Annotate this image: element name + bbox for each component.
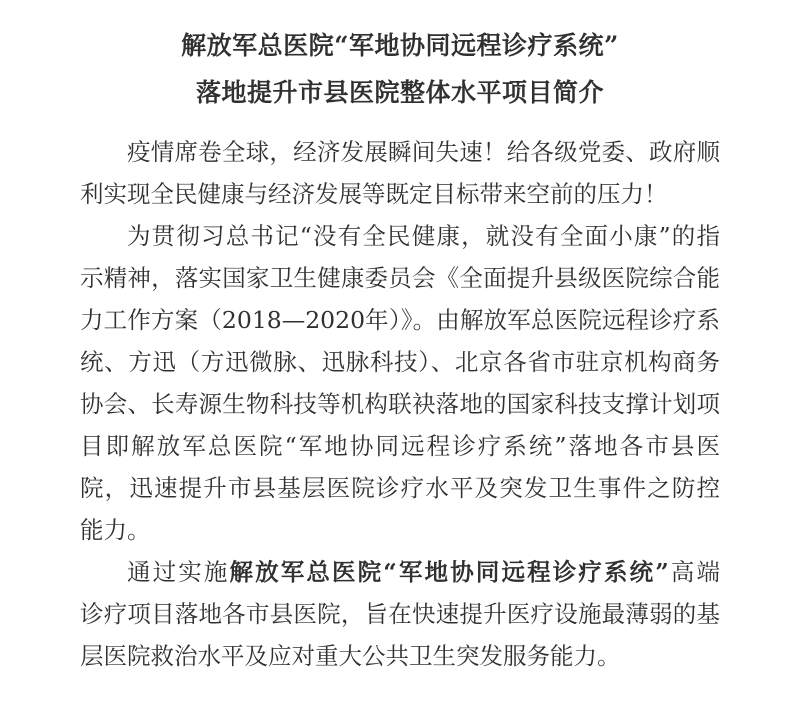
document-body: 疫情席卷全球，经济发展瞬间失速！给各级党委、政府顺 利实现全民健康与经济发展等既… [80,131,720,677]
paragraph-line: 目即解放军总医院“军地协同远程诊疗系统”落地各市县医 [80,425,720,467]
text-run: 通过实施 [127,558,230,586]
bold-text-run: 解放军总医院“军地协同远程诊疗系统” [230,558,669,586]
paragraph-line: 利实现全民健康与经济发展等既定目标带来空前的压力！ [80,173,720,215]
paragraph-line: 力工作方案（2018—2020年）》。由解放军总医院远程诊疗系 [80,299,720,341]
paragraph-3: 通过实施解放军总医院“军地协同远程诊疗系统”高端 诊疗项目落地各市县医院，旨在快… [80,551,720,677]
document-title-line-2: 落地提升市县医院整体水平项目简介 [0,69,800,116]
paragraph-line: 协会、长寿源生物科技等机构联袂落地的国家科技支撑计划项 [80,383,720,425]
paragraph-line: 诊疗项目落地各市县医院，旨在快速提升医疗设施最薄弱的基 [80,593,720,635]
paragraph-line: 能力。 [80,509,720,551]
paragraph-line: 院，迅速提升市县基层医院诊疗水平及突发卫生事件之防控 [80,467,720,509]
paragraph-line: 示精神，落实国家卫生健康委员会《全面提升县级医院综合能 [80,257,720,299]
document-title: 解放军总医院“军地协同远程诊疗系统” 落地提升市县医院整体水平项目简介 [0,0,800,116]
paragraph-2: 为贯彻习总书记“没有全民健康，就没有全面小康”的指 示精神，落实国家卫生健康委员… [80,215,720,551]
paragraph-1: 疫情席卷全球，经济发展瞬间失速！给各级党委、政府顺 利实现全民健康与经济发展等既… [80,131,720,215]
document-title-line-1: 解放军总医院“军地协同远程诊疗系统” [0,22,800,69]
paragraph-line: 统、方迅（方迅微脉、迅脉科技）、北京各省市驻京机构商务 [80,341,720,383]
paragraph-line: 层医院救治水平及应对重大公共卫生突发服务能力。 [80,635,720,677]
paragraph-line: 疫情席卷全球，经济发展瞬间失速！给各级党委、政府顺 [80,131,720,173]
document-page: 解放军总医院“军地协同远程诊疗系统” 落地提升市县医院整体水平项目简介 疫情席卷… [0,0,800,712]
paragraph-line: 为贯彻习总书记“没有全民健康，就没有全面小康”的指 [80,215,720,257]
paragraph-line: 通过实施解放军总医院“军地协同远程诊疗系统”高端 [80,551,720,593]
text-run: 高端 [669,558,720,586]
